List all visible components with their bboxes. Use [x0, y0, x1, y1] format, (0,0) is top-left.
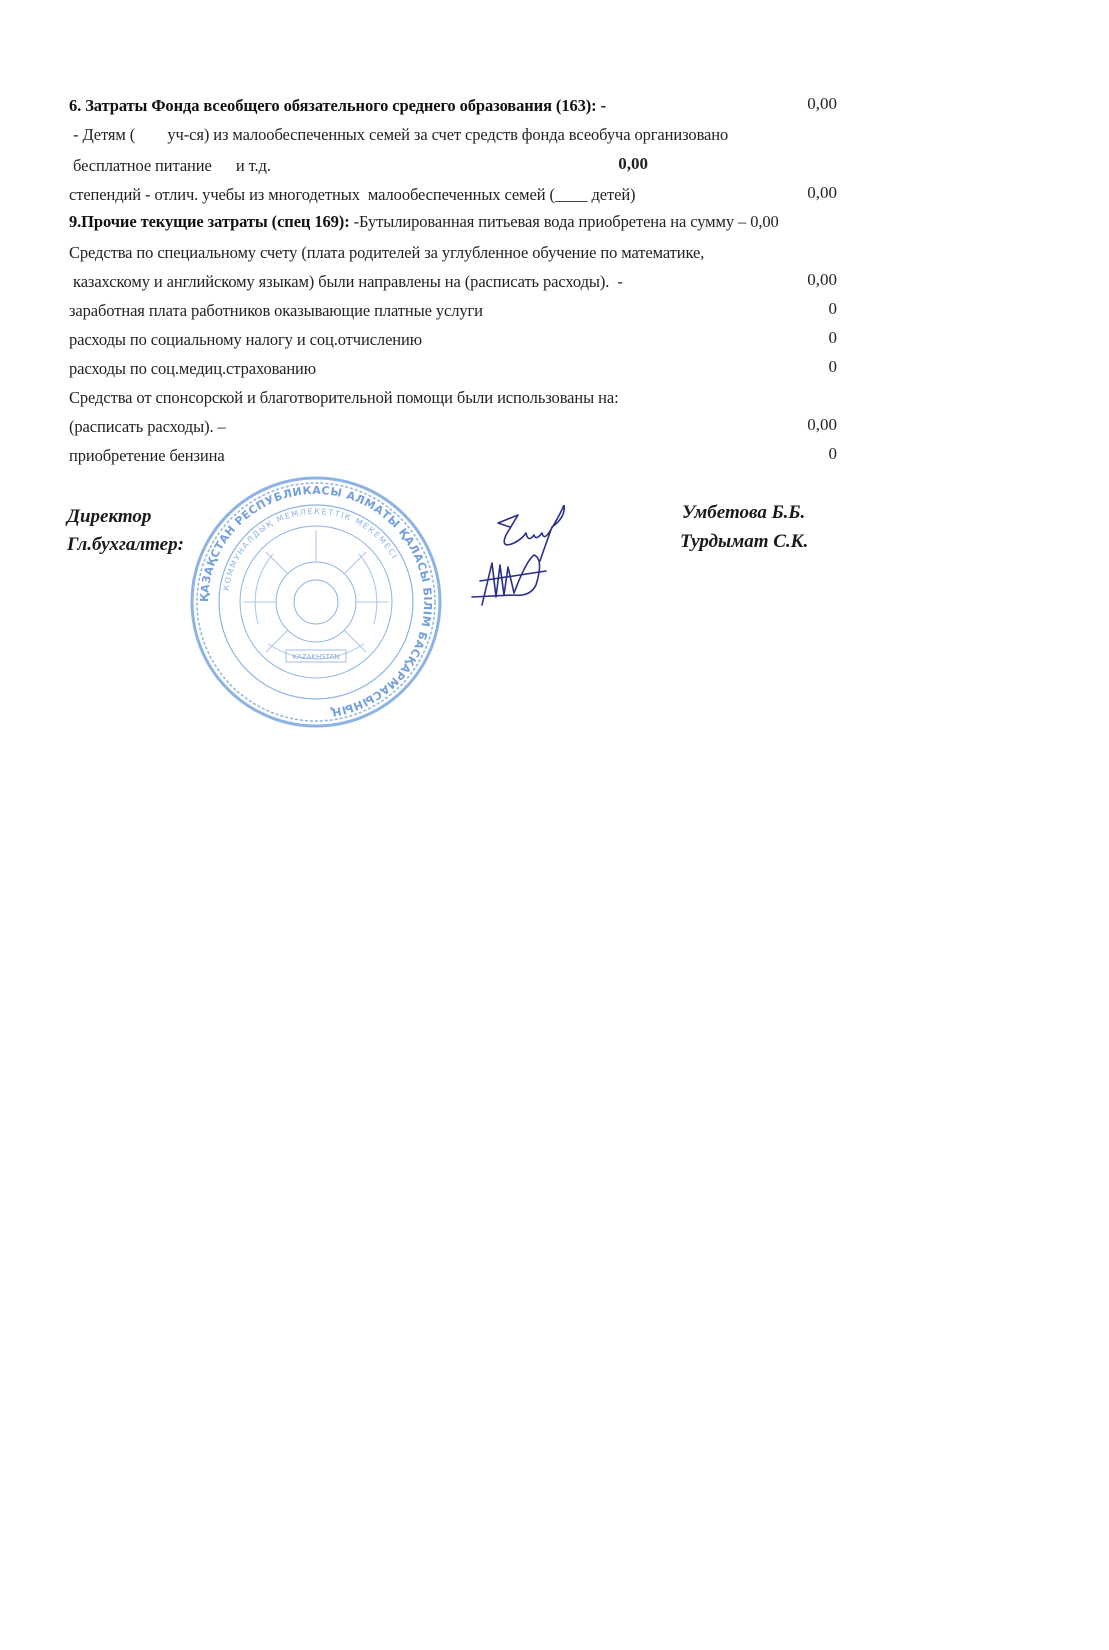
special-account-line1: Средства по специальному счету (плата ро… — [69, 243, 704, 263]
section6-line1: - Детям ( уч-ся) из малообеспеченных сем… — [69, 125, 728, 145]
stamp-center-text: KAZAKHSTAN — [293, 653, 340, 661]
sponsorship-line2: (расписать расходы). – — [69, 417, 226, 437]
section6-line3: степендий - отлич. учебы из многодетных … — [69, 185, 635, 205]
accountant-name: Турдымат С.К. — [680, 530, 808, 554]
sponsorship-line1: Средства от спонсорской и благотворитель… — [69, 388, 619, 408]
section9-line: 9.Прочие текущие затраты (спец 169): -Бу… — [69, 212, 779, 232]
special-account-item-value: 0 — [800, 299, 837, 319]
section6-line3-value: 0,00 — [780, 183, 837, 203]
section6-heading-value: 0,00 — [780, 94, 837, 114]
sponsorship-value: 0,00 — [780, 415, 837, 435]
section9-heading-rest: -Бутылированная питьевая вода приобретен… — [350, 212, 779, 231]
stamp-outer-text: ҚАЗАҚСТАН РЕСПУБЛИКАСЫ АЛМАТЫ ҚАЛАСЫ БІЛ… — [198, 484, 434, 719]
special-account-item: расходы по соц.медиц.страхованию — [69, 359, 316, 379]
sponsorship-item-value: 0 — [800, 444, 837, 464]
special-account-item: заработная плата работников оказывающие … — [69, 301, 483, 321]
special-account-item-value: 0 — [800, 328, 837, 348]
svg-text:ҚАЗАҚСТАН РЕСПУБЛИКАСЫ АЛМАТЫ: ҚАЗАҚСТАН РЕСПУБЛИКАСЫ АЛМАТЫ ҚАЛАСЫ БІЛ… — [198, 484, 434, 719]
section6-heading: 6. Затраты Фонда всеобщего обязательного… — [69, 96, 606, 116]
section9-heading: 9.Прочие текущие затраты (спец 169): — [69, 212, 350, 231]
director-title: Директор — [67, 505, 151, 529]
special-account-item-value: 0 — [800, 357, 837, 377]
handwritten-signature — [470, 505, 600, 610]
special-account-value: 0,00 — [780, 270, 837, 290]
special-account-line2: казахскому и английскому языкам) были на… — [69, 272, 623, 292]
special-account-item: расходы по социальному налогу и соц.отчи… — [69, 330, 422, 350]
accountant-title: Гл.бухгалтер: — [67, 533, 184, 557]
official-stamp: KAZAKHSTAN ҚАЗАҚСТАН РЕСПУБЛИКАСЫ АЛМАТЫ… — [188, 474, 444, 730]
sponsorship-item: приобретение бензина — [69, 446, 225, 466]
director-name: Умбетова Б.Б. — [682, 501, 805, 525]
document-page: 6. Затраты Фонда всеобщего обязательного… — [0, 0, 1109, 1650]
section6-line2-value: 0,00 — [590, 154, 648, 174]
section6-line2: бесплатное питание и т.д. — [69, 156, 271, 176]
